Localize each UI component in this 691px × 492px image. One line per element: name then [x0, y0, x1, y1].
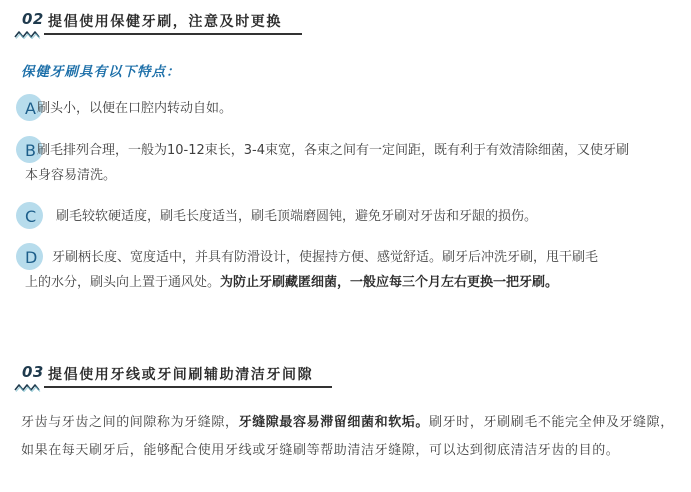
features-subtitle: 保健牙刷具有以下特点：	[21, 60, 181, 80]
section-underline	[44, 386, 332, 388]
wave-decoration-icon	[14, 382, 48, 392]
item-text: 刷毛较软硬适度，刷毛长度适当，刷毛顶端磨圆钝，避免牙刷对牙齿和牙龈的损伤。	[56, 209, 537, 224]
section-number: 02	[22, 10, 44, 28]
feature-item-b: B 刷毛排列合理，一般为10-12束长，3-4束宽，各束之间有一定间距，既有利于…	[22, 138, 682, 188]
section-number: 03	[22, 363, 44, 381]
paragraph-bold: 牙缝隙最容易滞留细菌和软垢。	[239, 415, 429, 430]
item-text-line2: 本身容易清洗。	[25, 163, 682, 188]
badge-letter: C	[25, 209, 36, 225]
section-02-header: 02 提倡使用保健牙刷，注意及时更换	[14, 10, 294, 42]
item-text-line2: 上的水分，刷头向上置于通风处。	[25, 275, 220, 290]
article-page: 02 提倡使用保健牙刷，注意及时更换 保健牙刷具有以下特点： A 刷头小，以便在…	[0, 0, 691, 492]
section-03-paragraph: 牙齿与牙齿之间的间隙称为牙缝隙，牙缝隙最容易滞留细菌和软垢。刷牙时，牙刷刷毛不能…	[21, 409, 681, 465]
item-text-line1: 刷毛排列合理，一般为10-12束长，3-4束宽，各束之间有一定间距，既有利于有效…	[37, 138, 682, 163]
feature-item-c: C 刷毛较软硬适度，刷毛长度适当，刷毛顶端磨圆钝，避免牙刷对牙齿和牙龈的损伤。	[22, 204, 682, 229]
paragraph-text-1: 牙齿与牙齿之间的间隙称为牙缝隙，	[21, 415, 239, 430]
section-03-header: 03 提倡使用牙线或牙间刷辅助清洁牙间隙	[14, 363, 324, 395]
wave-decoration-icon	[14, 29, 48, 39]
item-text: 刷头小，以便在口腔内转动自如。	[37, 101, 232, 116]
section-title: 提倡使用保健牙刷，注意及时更换	[48, 11, 282, 31]
feature-item-a: A 刷头小，以便在口腔内转动自如。	[22, 96, 682, 121]
section-underline	[44, 33, 302, 35]
badge-letter: D	[25, 250, 37, 266]
item-text-bold: 为防止牙刷藏匿细菌，一般应每三个月左右更换一把牙刷。	[220, 275, 558, 290]
badge-letter: A	[25, 101, 36, 117]
section-title: 提倡使用牙线或牙间刷辅助清洁牙间隙	[48, 364, 313, 384]
item-text-line1: 牙刷柄长度、宽度适中，并具有防滑设计，使握持方便、感觉舒适。刷牙后冲洗牙刷，甩干…	[52, 245, 682, 270]
feature-item-d: D 牙刷柄长度、宽度适中，并具有防滑设计，使握持方便、感觉舒适。刷牙后冲洗牙刷，…	[22, 245, 682, 295]
badge-letter: B	[25, 143, 36, 159]
